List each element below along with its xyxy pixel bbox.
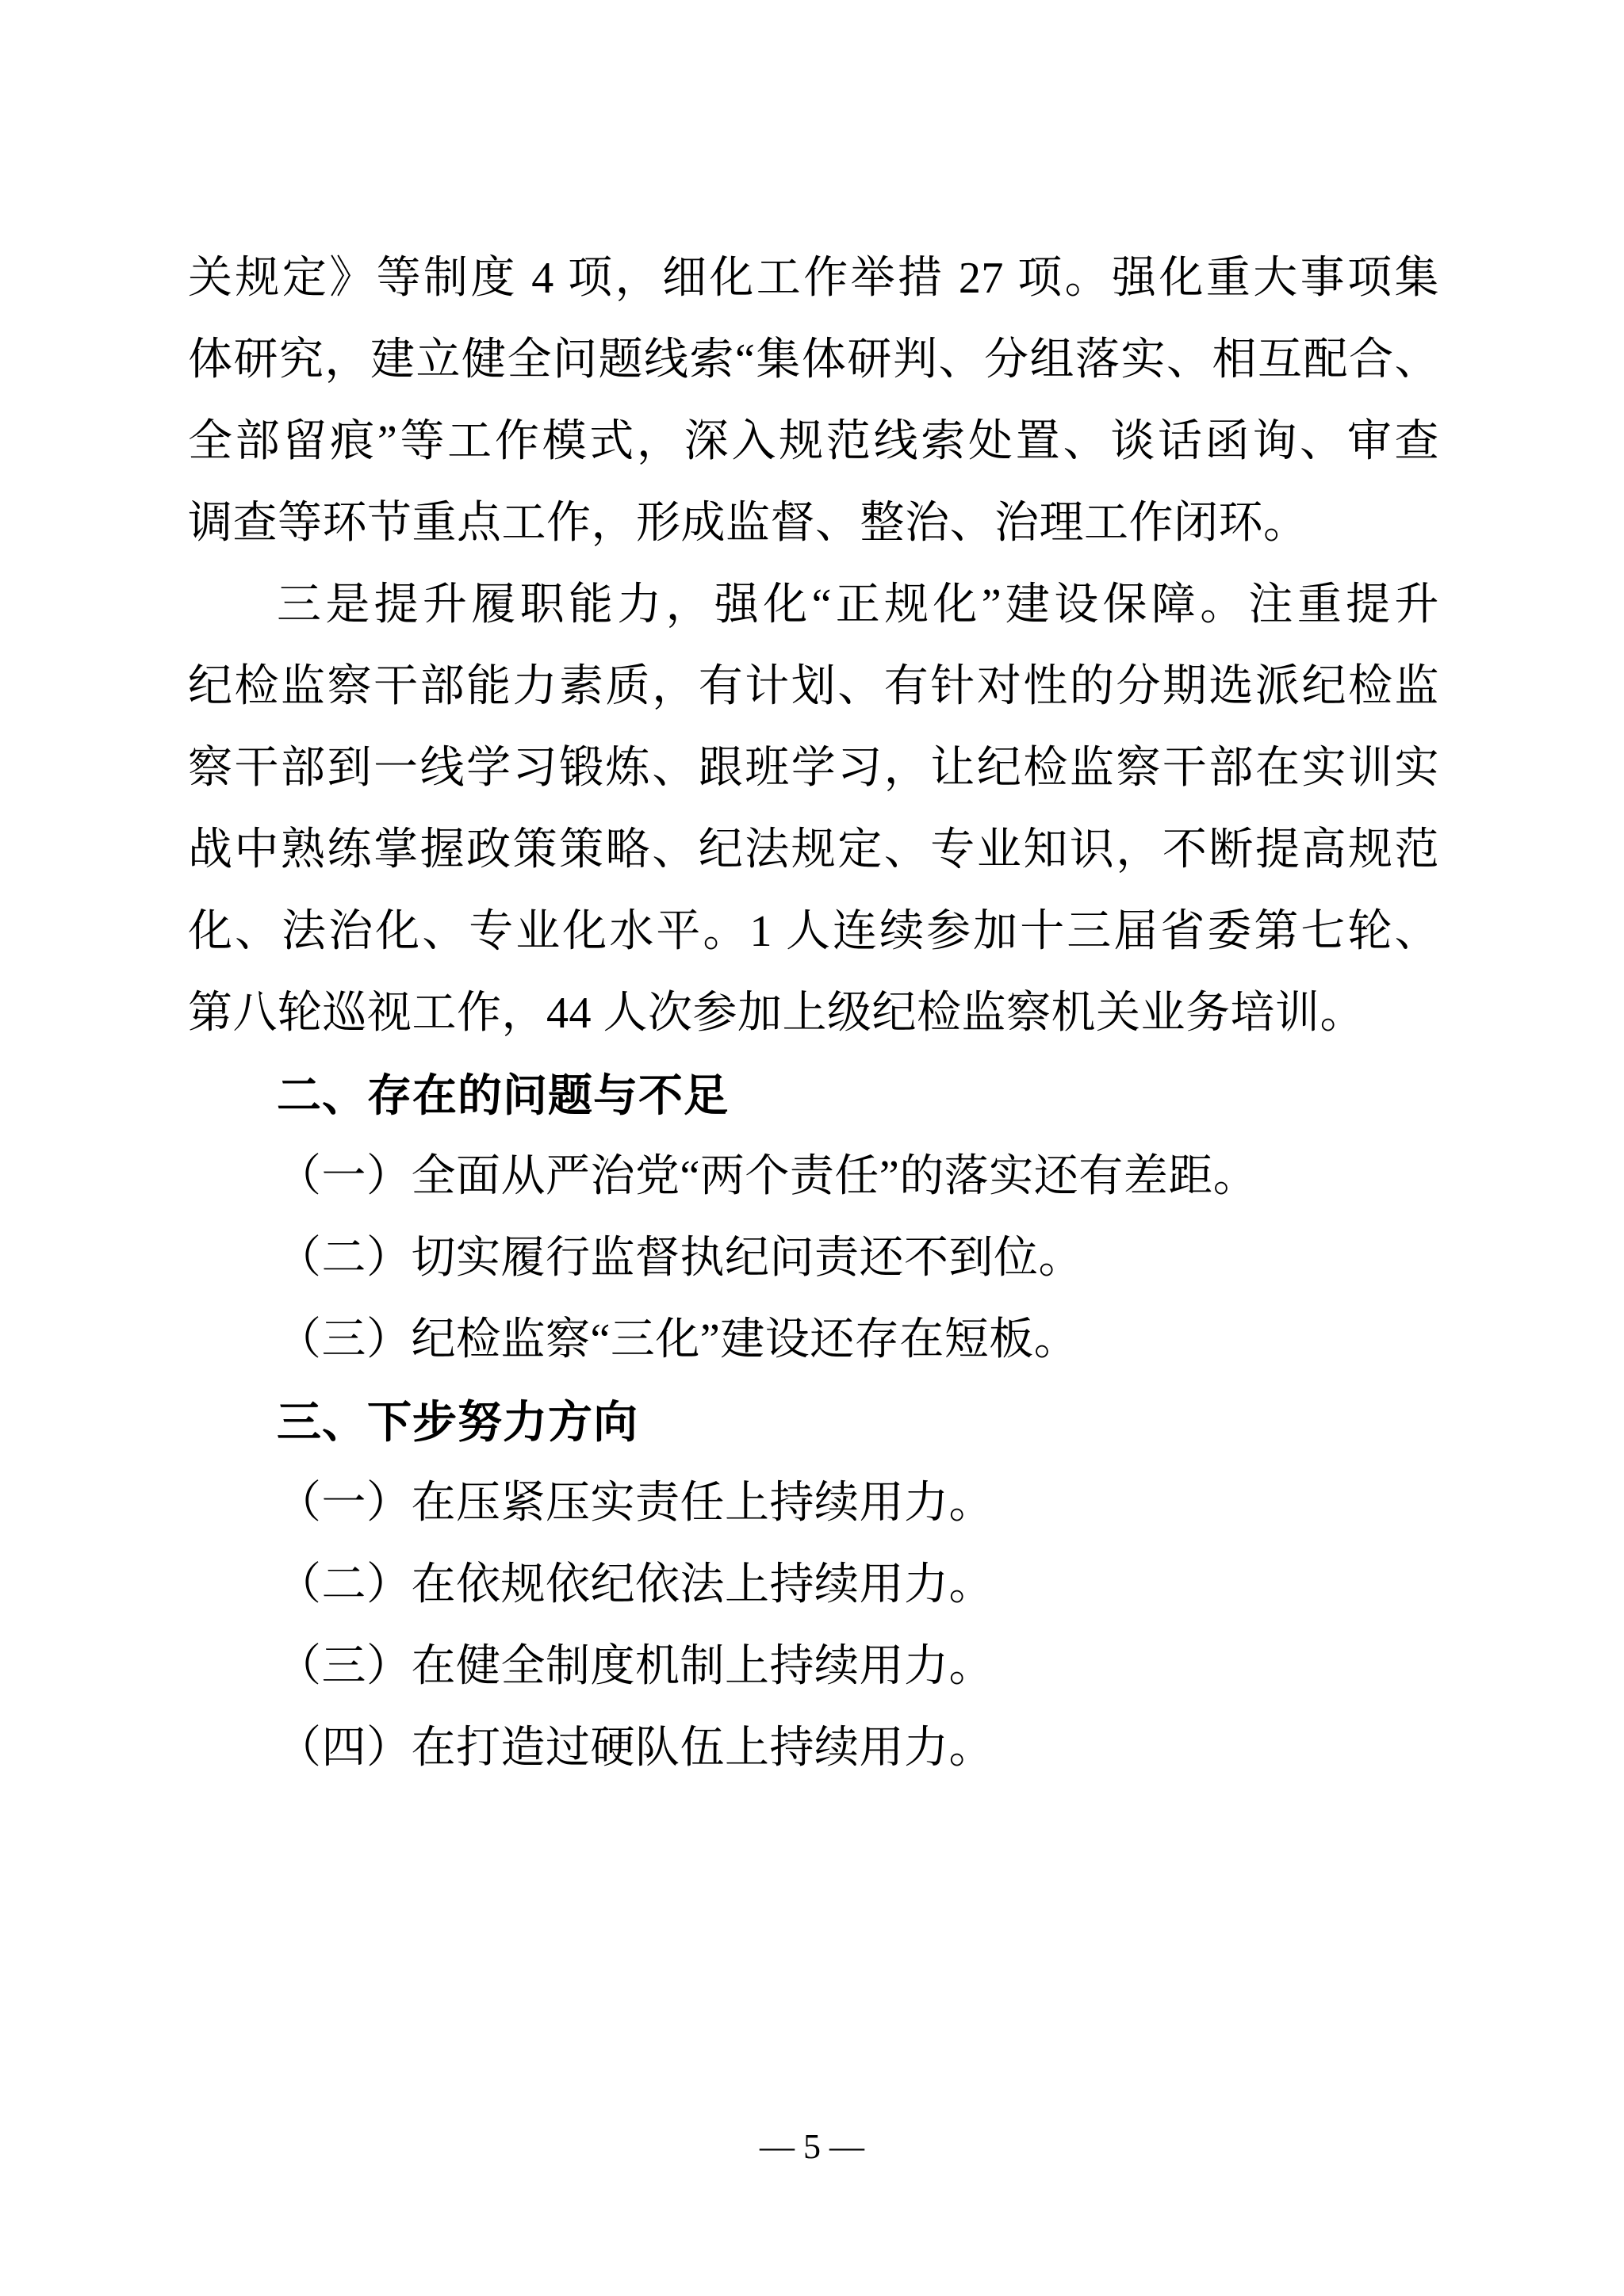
text-line: 察干部到一线学习锻炼、跟班学习，让纪检监察干部在实训实 (188, 728, 1439, 809)
text-line: 化、法治化、专业化水平。1 人连续参加十三届省委第七轮、 (188, 891, 1439, 973)
text-line: （一）全面从严治党“两个责任”的落实还有差距。 (188, 1136, 1439, 1218)
text-line: 战中熟练掌握政策策略、纪法规定、专业知识，不断提高规范 (188, 809, 1439, 891)
heading-section-2: 二、存在的问题与不足 (188, 1054, 1439, 1136)
text-line: （二）在依规依纪依法上持续用力。 (188, 1544, 1439, 1626)
text-line: （一）在压紧压实责任上持续用力。 (188, 1463, 1439, 1544)
text-line: 三是提升履职能力，强化“正规化”建设保障。注重提升 (188, 564, 1439, 646)
document-body: 关规定》等制度 4 项，细化工作举措 27 项。强化重大事项集 体研究，建立健全… (188, 238, 1439, 1789)
text-line: 调查等环节重点工作，形成监督、整治、治理工作闭环。 (188, 483, 1439, 564)
text-line: （三）纪检监察“三化”建设还存在短板。 (188, 1299, 1439, 1381)
text-line: 第八轮巡视工作，44 人次参加上级纪检监察机关业务培训。 (188, 973, 1439, 1054)
text-line: （四）在打造过硬队伍上持续用力。 (188, 1708, 1439, 1789)
text-line: （三）在健全制度机制上持续用力。 (188, 1626, 1439, 1708)
text-line: 关规定》等制度 4 项，细化工作举措 27 项。强化重大事项集 (188, 238, 1439, 320)
document-page: 关规定》等制度 4 项，细化工作举措 27 项。强化重大事项集 体研究，建立健全… (0, 0, 1624, 2296)
heading-section-3: 三、下步努力方向 (188, 1381, 1439, 1463)
text-line: 纪检监察干部能力素质，有计划、有针对性的分期选派纪检监 (188, 646, 1439, 728)
text-line: 全部留痕”等工作模式，深入规范线索处置、谈话函询、审查 (188, 401, 1439, 483)
page-number: — 5 — (0, 2123, 1624, 2171)
text-line: （二）切实履行监督执纪问责还不到位。 (188, 1218, 1439, 1299)
text-line: 体研究，建立健全问题线索“集体研判、分组落实、相互配合、 (188, 320, 1439, 401)
